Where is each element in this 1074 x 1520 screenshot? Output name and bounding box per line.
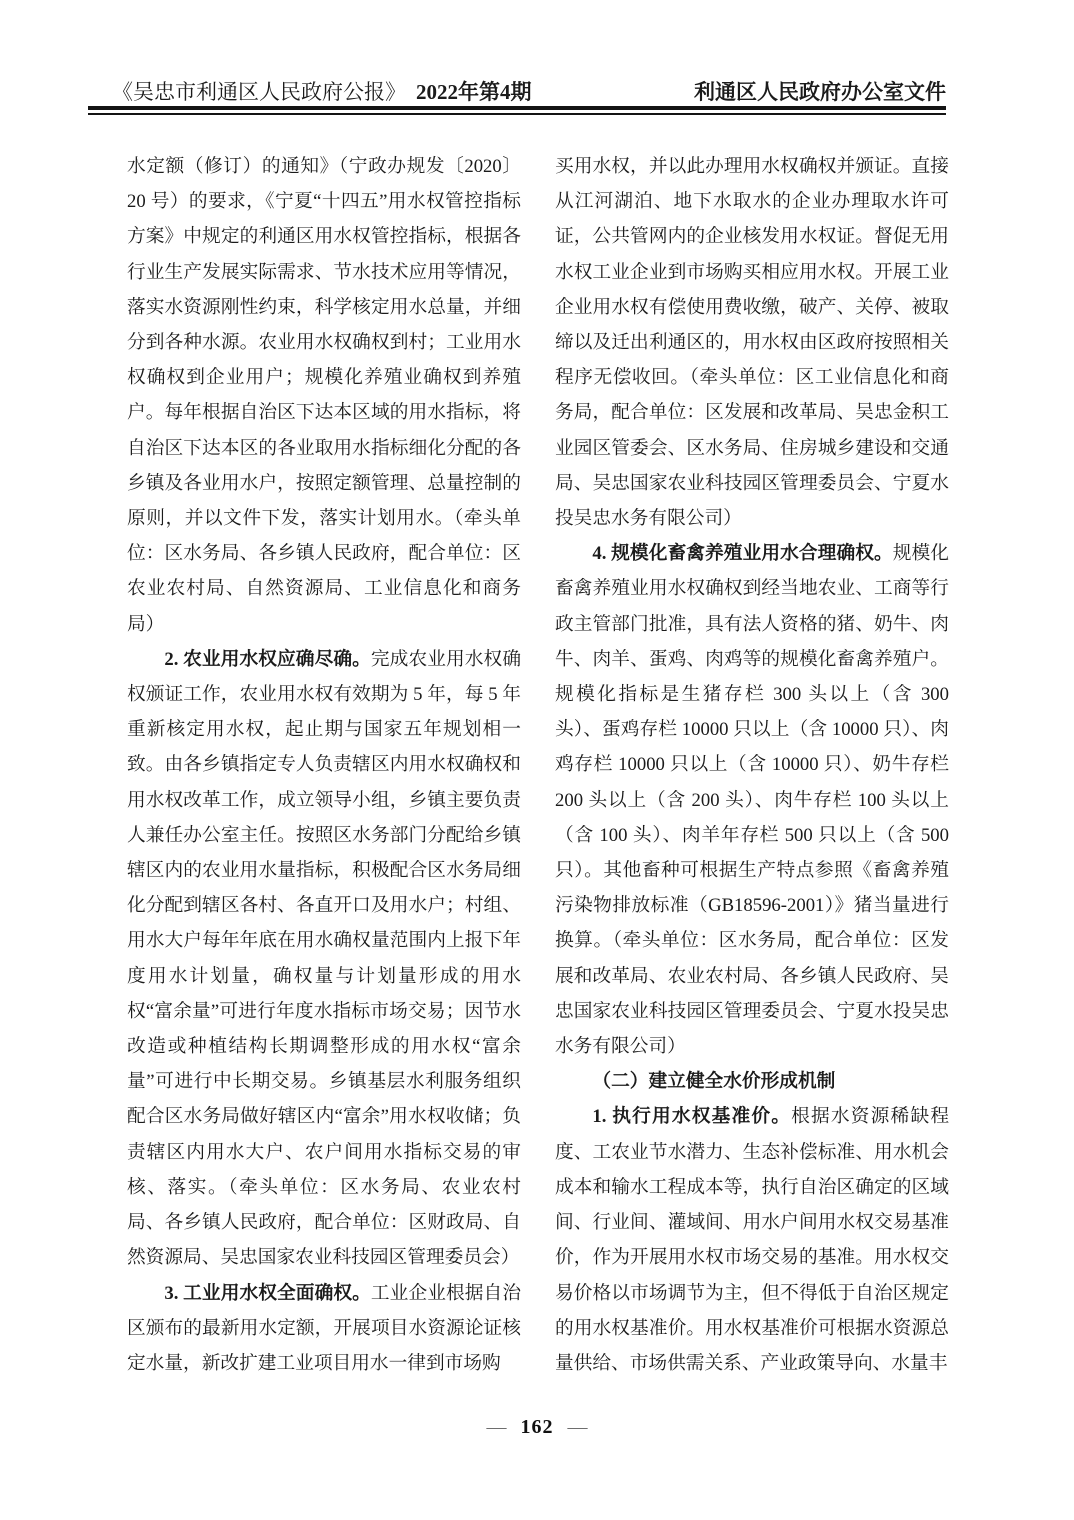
text-column-left: 水定额（修订）的通知》（宁政办规发〔2020〕20 号）的要求，《宁夏“十四五”… — [127, 149, 521, 1381]
header-double-rule — [88, 106, 946, 115]
header-doc-type: 利通区人民政府办公室文件 — [694, 80, 946, 104]
body-text: 完成农业用水权确权颁证工作，农业用水权有效期为 5 年，每 5 年重新核定用水权… — [127, 649, 521, 1268]
page-number: 162 — [521, 1416, 554, 1438]
body-text: 根据水资源稀缺程度、工农业节水潜力、生态补偿标准、用水机会成本和输水工程成本等，… — [555, 1106, 949, 1373]
bold-lead-text: 1. 执行用水权基准价。 — [592, 1106, 791, 1127]
section-heading: （二）建立健全水价形成机制 — [555, 1064, 949, 1099]
body-text: 买用水权，并以此办理用水权确权并颁证。直接从江河湖泊、地下水取水的企业办理取水许… — [555, 156, 949, 529]
body-text: 水定额（修订）的通知》（宁政办规发〔2020〕20 号）的要求，《宁夏“十四五”… — [127, 156, 521, 635]
paragraph: 买用水权，并以此办理用水权确权并颁证。直接从江河湖泊、地下水取水的企业办理取水许… — [555, 149, 949, 536]
footer-dash-left: — — [487, 1416, 507, 1438]
paragraph: 水定额（修订）的通知》（宁政办规发〔2020〕20 号）的要求，《宁夏“十四五”… — [127, 149, 521, 642]
bold-lead-text: 2. 农业用水权应确尽确。 — [164, 649, 371, 670]
paragraph: 1. 执行用水权基准价。根据水资源稀缺程度、工农业节水潜力、生态补偿标准、用水机… — [555, 1099, 949, 1381]
document-page: 《吴忠市利通区人民政府公报》2022年第4期 利通区人民政府办公室文件 水定额（… — [0, 0, 1074, 1520]
bold-lead-text: （二）建立健全水价形成机制 — [592, 1071, 835, 1092]
gazette-title: 《吴忠市利通区人民政府公报》 — [112, 80, 406, 104]
paragraph: 3. 工业用水权全面确权。工业企业根据自治区颁布的最新用水定额，开展项目水资源论… — [127, 1276, 521, 1382]
footer-dash-right: — — [568, 1416, 588, 1438]
bold-lead-text: 3. 工业用水权全面确权。 — [164, 1283, 371, 1304]
text-column-right: 买用水权，并以此办理用水权确权并颁证。直接从江河湖泊、地下水取水的企业办理取水许… — [555, 149, 949, 1381]
body-text: 规模化畜禽养殖业用水权确权到经当地农业、工商等行政主管部门批准，具有法人资格的猪… — [555, 543, 949, 1057]
bold-lead-text: 4. 规模化畜禽养殖业用水合理确权。 — [592, 543, 892, 564]
paragraph: 4. 规模化畜禽养殖业用水合理确权。规模化畜禽养殖业用水权确权到经当地农业、工商… — [555, 536, 949, 1064]
paragraph: 2. 农业用水权应确尽确。完成农业用水权确权颁证工作，农业用水权有效期为 5 年… — [127, 642, 521, 1276]
page-footer: —162— — [0, 1414, 1074, 1440]
issue-label: 2022年第4期 — [416, 80, 532, 104]
header-left: 《吴忠市利通区人民政府公报》2022年第4期 — [112, 80, 532, 104]
